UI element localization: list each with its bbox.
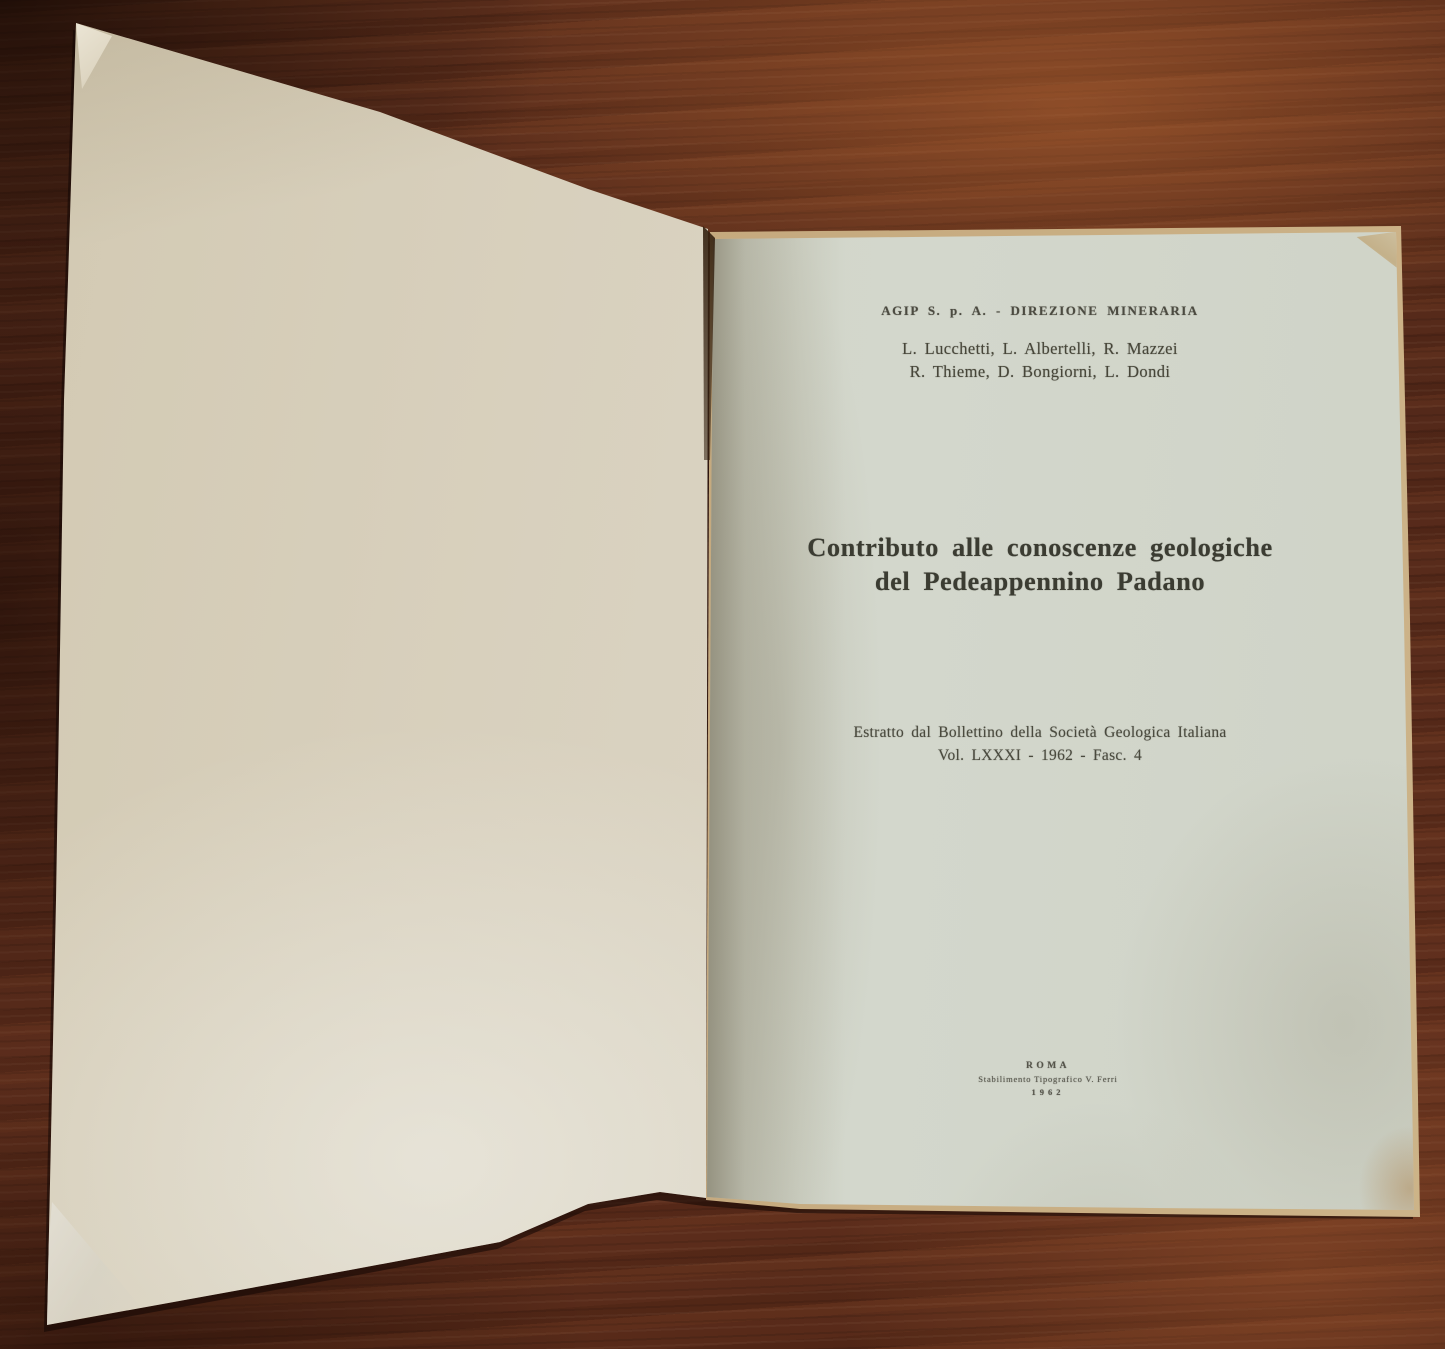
- source-line-2: Vol. LXXXI - 1962 - Fasc. 4: [770, 744, 1310, 767]
- open-book-photo: AGIP S. p. A. - DIREZIONE MINERARIA L. L…: [0, 0, 1445, 1349]
- imprint-block: ROMA Stabilimento Tipografico V. Ferri 1…: [778, 1060, 1318, 1099]
- publisher-line: AGIP S. p. A. - DIREZIONE MINERARIA: [770, 303, 1310, 319]
- title-line-1: Contributo alle conoscenze geologiche: [770, 530, 1310, 564]
- bottom-right-page-curl: [1335, 1095, 1420, 1215]
- imprint-city: ROMA: [778, 1060, 1318, 1073]
- authors-line-2: R. Thieme, D. Bongiorni, L. Dondi: [770, 360, 1310, 383]
- book-title: Contributo alle conoscenze geologiche de…: [770, 530, 1310, 598]
- source-block: Estratto dal Bollettino della Società Ge…: [770, 721, 1310, 767]
- source-line-1: Estratto dal Bollettino della Società Ge…: [770, 721, 1310, 744]
- imprint-year: 1962: [778, 1086, 1318, 1099]
- authors-line-1: L. Lucchetti, L. Albertelli, R. Mazzei: [770, 337, 1310, 360]
- authors-block: L. Lucchetti, L. Albertelli, R. Mazzei R…: [770, 337, 1310, 383]
- imprint-printer: Stabilimento Tipografico V. Ferri: [778, 1073, 1318, 1086]
- title-line-2: del Pedeappennino Padano: [770, 564, 1310, 598]
